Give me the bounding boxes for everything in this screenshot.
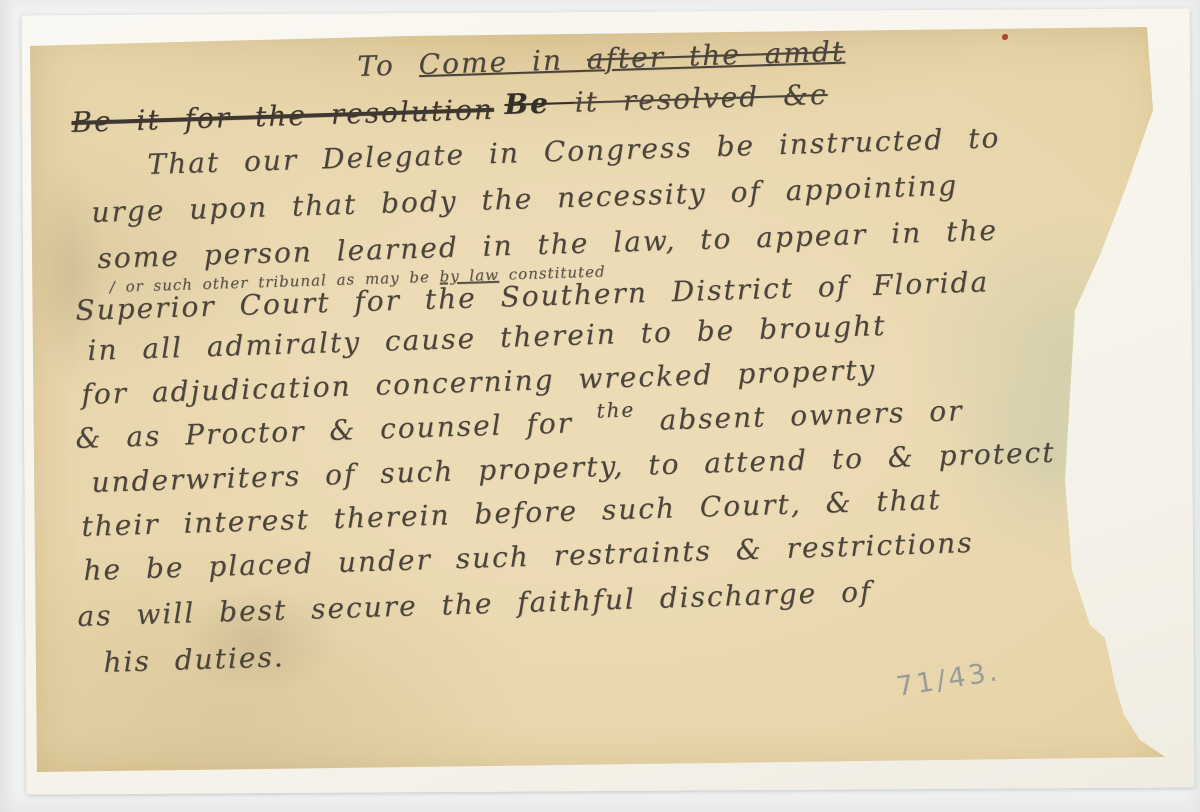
- struck-text: it resolved &c: [574, 78, 828, 119]
- struck-text: Be it for the resolution: [71, 93, 495, 139]
- catalog-number: 71/43.: [894, 656, 1002, 703]
- manuscript-line: Be it for the resolution: [71, 93, 495, 139]
- inserted-word: the: [596, 397, 636, 422]
- manuscript-paper: To Come in after the amdt Be it resolved…: [28, 26, 1168, 776]
- red-ink-dot: [1002, 34, 1008, 40]
- plain-text: & as Proctor & counsel for: [75, 406, 597, 455]
- struck-text: after the amdt: [586, 35, 845, 76]
- manuscript-line: To Come in after the amdt: [357, 35, 846, 83]
- manuscript-line: as will best secure the faithful dischar…: [77, 575, 873, 633]
- plain-text: To: [357, 48, 419, 83]
- manuscript-line: Be it resolved &c: [504, 78, 828, 121]
- manuscript-line: his duties.: [103, 640, 285, 679]
- underlined-text: Come in: [418, 43, 587, 81]
- overwritten-text: Be: [504, 86, 575, 121]
- plain-text: absent owners or: [635, 394, 964, 437]
